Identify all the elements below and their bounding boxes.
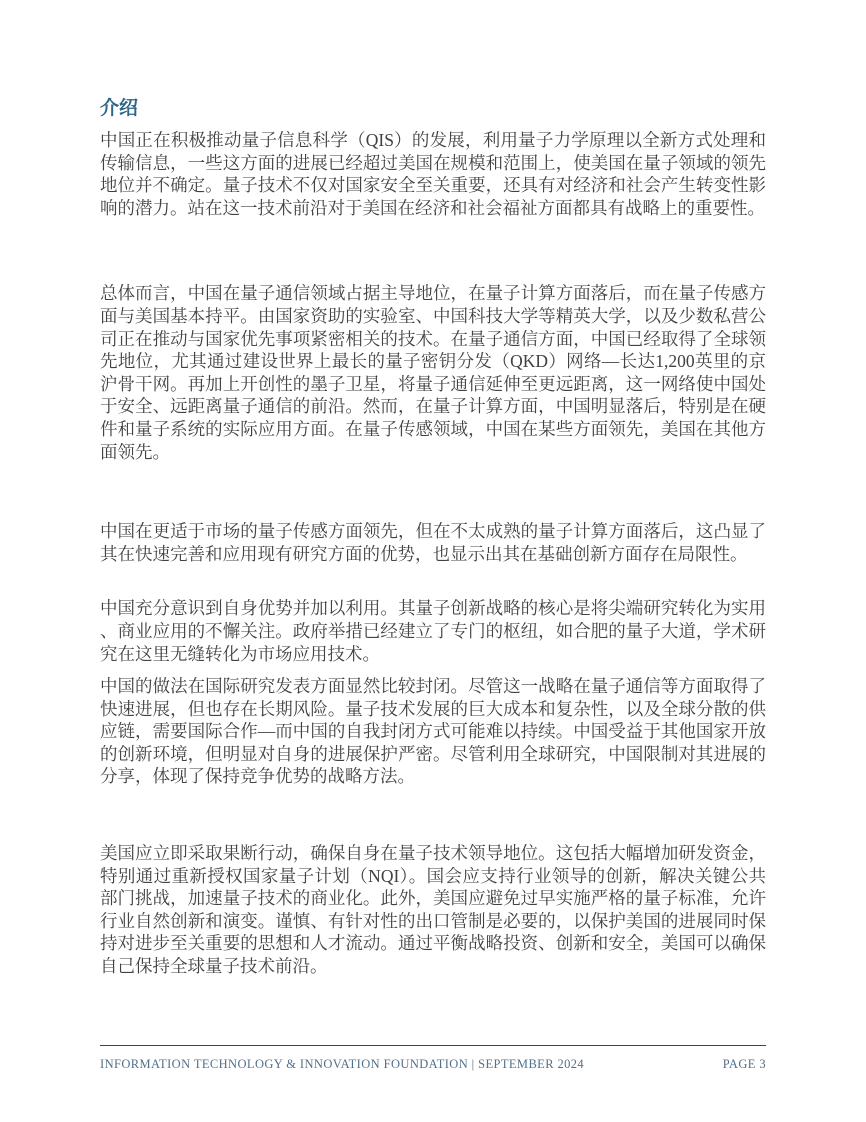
body-paragraph-6: 美国应立即采取果断行动，确保自身在量子技术领导地位。这包括大幅增加研发资金，特别… xyxy=(100,842,766,978)
body-paragraph-1: 中国正在积极推动量子信息科学（QIS）的发展，利用量子力学原理以全新方式处理和传… xyxy=(100,129,766,219)
page-title: 介绍 xyxy=(100,96,766,122)
body-paragraph-3: 中国在更适于市场的量子传感方面领先，但在不太成熟的量子计算方面落后，这凸显了其在… xyxy=(100,520,766,565)
footer-row: INFORMATION TECHNOLOGY & INNOVATION FOUN… xyxy=(100,1046,766,1072)
body-paragraph-4: 中国充分意识到自身优势并加以利用。其量子创新战略的核心是将尖端研究转化为实用、商… xyxy=(100,597,766,665)
body-paragraph-5: 中国的做法在国际研究发表方面显然比较封闭。尽管这一战略在量子通信等方面取得了快速… xyxy=(100,675,766,788)
page-footer: INFORMATION TECHNOLOGY & INNOVATION FOUN… xyxy=(100,1045,766,1072)
footer-organization-date: INFORMATION TECHNOLOGY & INNOVATION FOUN… xyxy=(100,1057,584,1072)
footer-page-number: PAGE 3 xyxy=(723,1057,766,1072)
body-paragraph-2: 总体而言，中国在量子通信领域占据主导地位，在量子计算方面落后，而在量子传感方面与… xyxy=(100,282,766,463)
document-page: 介绍 中国正在积极推动量子信息科学（QIS）的发展，利用量子力学原理以全新方式处… xyxy=(0,0,866,1122)
